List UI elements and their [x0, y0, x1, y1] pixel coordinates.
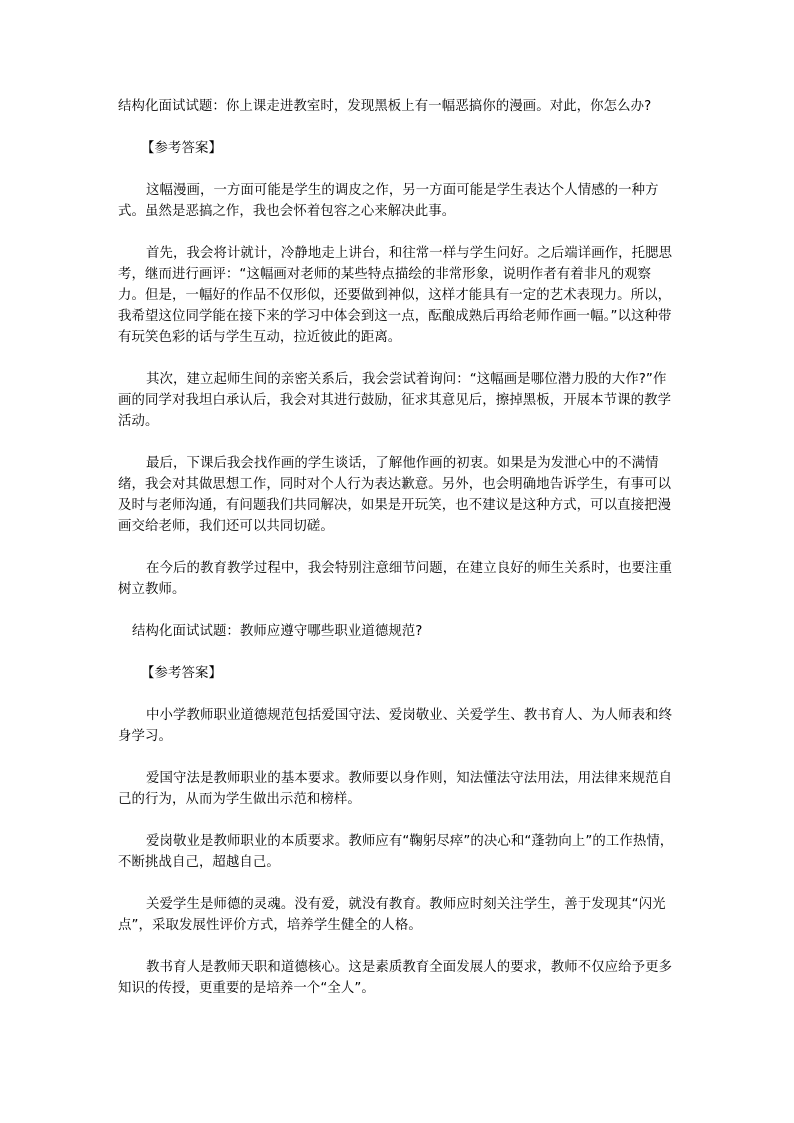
question-heading-1: 结构化面试试题：你上课走进教室时，发现黑板上有一幅恶搞你的漫画。对此，你怎么办? [118, 96, 678, 117]
answer-paragraph: 首先，我会将计就计，冷静地走上讲台，和往常一样与学生问好。之后端详画作，托腮思考… [118, 243, 678, 348]
answer-paragraph: 爱岗敬业是教师职业的本质要求。教师应有“鞠躬尽瘁”的决心和“蓬勃向上”的工作热情… [118, 831, 678, 873]
answer-paragraph: 这幅漫画，一方面可能是学生的调皮之作，另一方面可能是学生表达个人情感的一种方式。… [118, 180, 678, 222]
document-page: 结构化面试试题：你上课走进教室时，发现黑板上有一幅恶搞你的漫画。对此，你怎么办?… [118, 96, 678, 999]
reference-answer-label-1: 【参考答案】 [118, 138, 678, 159]
answer-paragraph: 教书育人是教师天职和道德核心。这是素质教育全面发展人的要求，教师不仅应给予更多知… [118, 957, 678, 999]
answer-paragraph: 其次，建立起师生间的亲密关系后，我会尝试着询问：“这幅画是哪位潜力股的大作?”作… [118, 369, 678, 432]
reference-answer-label-2: 【参考答案】 [118, 663, 678, 684]
answer-paragraph: 在今后的教育教学过程中，我会特别注意细节问题，在建立良好的师生关系时，也要注重树… [118, 558, 678, 600]
answer-paragraph: 关爱学生是师德的灵魂。没有爱，就没有教育。教师应时刻关注学生，善于发现其“闪光点… [118, 894, 678, 936]
answer-paragraph: 中小学教师职业道德规范包括爱国守法、爱岗敬业、关爱学生、教书育人、为人师表和终身… [118, 705, 678, 747]
question-heading-2: 结构化面试试题：教师应遵守哪些职业道德规范? [118, 621, 678, 642]
answer-paragraph: 爱国守法是教师职业的基本要求。教师要以身作则，知法懂法守法用法，用法律来规范自己… [118, 768, 678, 810]
answer-paragraph: 最后，下课后我会找作画的学生谈话，了解他作画的初衷。如果是为发泄心中的不满情绪，… [118, 453, 678, 537]
